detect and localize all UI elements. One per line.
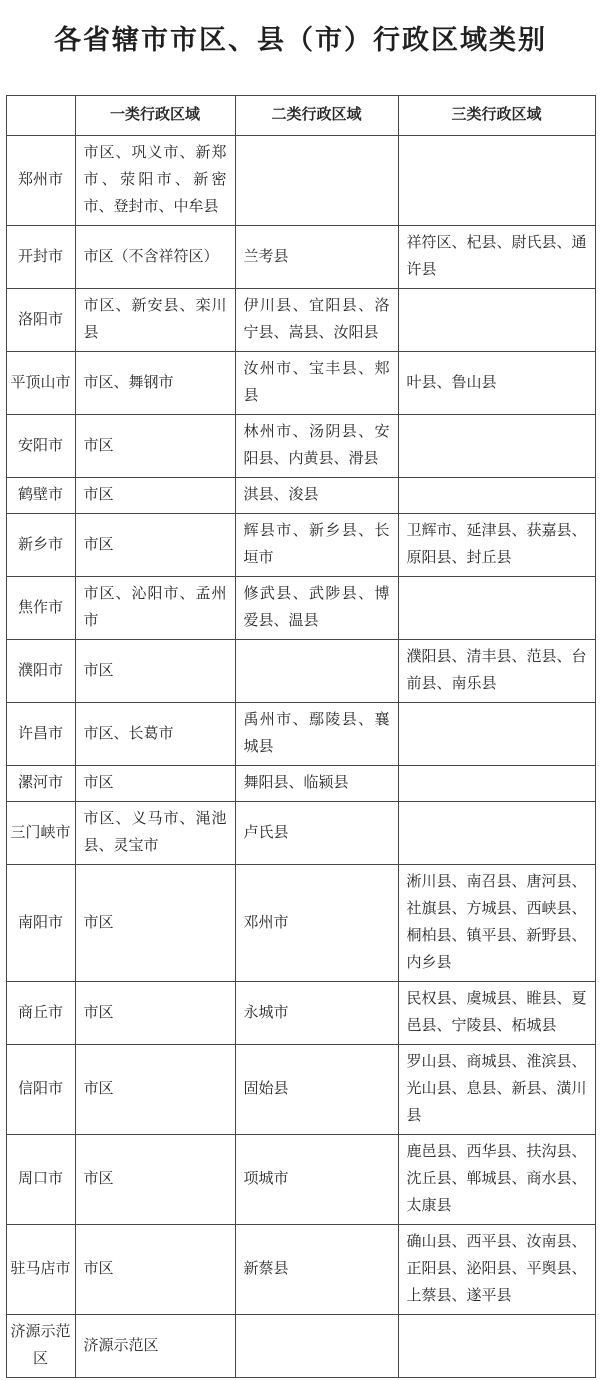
region-cell-class3: 叶县、鲁山县 xyxy=(398,352,595,415)
table-header-row: 一类行政区域 二类行政区域 三类行政区域 xyxy=(6,96,595,136)
header-class3: 三类行政区域 xyxy=(398,96,595,136)
table-row: 南阳市市区邓州市淅川县、南召县、唐河县、社旗县、方城县、西峡县、桐柏县、镇平县、… xyxy=(6,865,595,982)
region-category-table: 一类行政区域 二类行政区域 三类行政区域 郑州市市区、巩义市、新郑市、荥阳市、新… xyxy=(6,95,596,1378)
region-cell-class3 xyxy=(398,703,595,766)
table-row: 濮阳市市区濮阳县、清丰县、范县、台前县、南乐县 xyxy=(6,640,595,703)
city-cell: 济源示范区 xyxy=(6,1315,75,1378)
city-cell: 鹤壁市 xyxy=(6,478,75,514)
region-cell-class2 xyxy=(235,136,398,226)
region-cell-class3: 民权县、虞城县、睢县、夏邑县、宁陵县、柘城县 xyxy=(398,982,595,1045)
region-cell-class3: 卫辉市、延津县、获嘉县、原阳县、封丘县 xyxy=(398,514,595,577)
region-cell-class3: 确山县、西平县、汝南县、正阳县、泌阳县、平舆县、上蔡县、遂平县 xyxy=(398,1225,595,1315)
city-cell: 安阳市 xyxy=(6,415,75,478)
city-cell: 商丘市 xyxy=(6,982,75,1045)
region-cell-class1: 市区、沁阳市、孟州市 xyxy=(75,577,235,640)
region-cell-class2: 汝州市、宝丰县、郏县 xyxy=(235,352,398,415)
region-cell-class1: 市区 xyxy=(75,415,235,478)
region-cell-class2: 伊川县、宜阳县、洛宁县、嵩县、汝阳县 xyxy=(235,289,398,352)
city-cell: 周口市 xyxy=(6,1135,75,1225)
region-cell-class1: 市区 xyxy=(75,478,235,514)
region-cell-class1: 市区、舞钢市 xyxy=(75,352,235,415)
header-city xyxy=(6,96,75,136)
region-cell-class3: 鹿邑县、西华县、扶沟县、沈丘县、郸城县、商水县、太康县 xyxy=(398,1135,595,1225)
region-cell-class1: 市区 xyxy=(75,1225,235,1315)
region-cell-class3: 淅川县、南召县、唐河县、社旗县、方城县、西峡县、桐柏县、镇平县、新野县、内乡县 xyxy=(398,865,595,982)
region-cell-class2: 修武县、武陟县、博爱县、温县 xyxy=(235,577,398,640)
region-cell-class3: 祥符区、杞县、尉氏县、通许县 xyxy=(398,226,595,289)
region-cell-class2: 新蔡县 xyxy=(235,1225,398,1315)
document-page: 各省辖市市区、县（市）行政区域类别 一类行政区域 二类行政区域 三类行政区域 郑… xyxy=(0,0,601,1380)
region-cell-class3: 濮阳县、清丰县、范县、台前县、南乐县 xyxy=(398,640,595,703)
table-row: 商丘市市区永城市民权县、虞城县、睢县、夏邑县、宁陵县、柘城县 xyxy=(6,982,595,1045)
table-row: 新乡市市区辉县市、新乡县、长垣市卫辉市、延津县、获嘉县、原阳县、封丘县 xyxy=(6,514,595,577)
table-row: 信阳市市区固始县罗山县、商城县、淮滨县、光山县、息县、新县、潢川县 xyxy=(6,1045,595,1135)
city-cell: 南阳市 xyxy=(6,865,75,982)
region-cell-class1: 市区（不含祥符区） xyxy=(75,226,235,289)
city-cell: 开封市 xyxy=(6,226,75,289)
city-cell: 濮阳市 xyxy=(6,640,75,703)
city-cell: 新乡市 xyxy=(6,514,75,577)
region-cell-class1: 市区 xyxy=(75,1045,235,1135)
region-cell-class3 xyxy=(398,1315,595,1378)
region-cell-class2: 舞阳县、临颍县 xyxy=(235,766,398,802)
table-row: 济源示范区济源示范区 xyxy=(6,1315,595,1378)
region-cell-class2 xyxy=(235,640,398,703)
table-row: 三门峡市市区、义马市、渑池县、灵宝市卢氏县 xyxy=(6,802,595,865)
table-row: 鹤壁市市区淇县、浚县 xyxy=(6,478,595,514)
region-cell-class1: 济源示范区 xyxy=(75,1315,235,1378)
region-cell-class3 xyxy=(398,415,595,478)
table-body: 郑州市市区、巩义市、新郑市、荥阳市、新密市、登封市、中牟县开封市市区（不含祥符区… xyxy=(6,136,595,1378)
table-row: 许昌市市区、长葛市禹州市、鄢陵县、襄城县 xyxy=(6,703,595,766)
region-cell-class2: 永城市 xyxy=(235,982,398,1045)
table-row: 平顶山市市区、舞钢市汝州市、宝丰县、郏县叶县、鲁山县 xyxy=(6,352,595,415)
city-cell: 漯河市 xyxy=(6,766,75,802)
region-cell-class3 xyxy=(398,766,595,802)
region-cell-class1: 市区 xyxy=(75,865,235,982)
table-row: 漯河市市区舞阳县、临颍县 xyxy=(6,766,595,802)
region-cell-class1: 市区、长葛市 xyxy=(75,703,235,766)
region-cell-class1: 市区 xyxy=(75,514,235,577)
city-cell: 三门峡市 xyxy=(6,802,75,865)
region-cell-class2: 固始县 xyxy=(235,1045,398,1135)
region-cell-class3 xyxy=(398,802,595,865)
region-cell-class2: 兰考县 xyxy=(235,226,398,289)
table-row: 洛阳市市区、新安县、栾川县伊川县、宜阳县、洛宁县、嵩县、汝阳县 xyxy=(6,289,595,352)
region-cell-class3 xyxy=(398,289,595,352)
region-cell-class2: 禹州市、鄢陵县、襄城县 xyxy=(235,703,398,766)
city-cell: 平顶山市 xyxy=(6,352,75,415)
region-cell-class2: 辉县市、新乡县、长垣市 xyxy=(235,514,398,577)
table-row: 开封市市区（不含祥符区）兰考县祥符区、杞县、尉氏县、通许县 xyxy=(6,226,595,289)
table-row: 安阳市市区林州市、汤阴县、安阳县、内黄县、滑县 xyxy=(6,415,595,478)
region-cell-class1: 市区、巩义市、新郑市、荥阳市、新密市、登封市、中牟县 xyxy=(75,136,235,226)
city-cell: 信阳市 xyxy=(6,1045,75,1135)
region-cell-class2: 卢氏县 xyxy=(235,802,398,865)
table-row: 郑州市市区、巩义市、新郑市、荥阳市、新密市、登封市、中牟县 xyxy=(6,136,595,226)
city-cell: 许昌市 xyxy=(6,703,75,766)
city-cell: 洛阳市 xyxy=(6,289,75,352)
table-row: 周口市市区项城市鹿邑县、西华县、扶沟县、沈丘县、郸城县、商水县、太康县 xyxy=(6,1135,595,1225)
region-cell-class1: 市区 xyxy=(75,982,235,1045)
region-cell-class1: 市区、新安县、栾川县 xyxy=(75,289,235,352)
page-title: 各省辖市市区、县（市）行政区域类别 xyxy=(0,18,601,57)
header-class1: 一类行政区域 xyxy=(75,96,235,136)
city-cell: 郑州市 xyxy=(6,136,75,226)
region-cell-class3 xyxy=(398,478,595,514)
region-cell-class3 xyxy=(398,136,595,226)
region-cell-class1: 市区、义马市、渑池县、灵宝市 xyxy=(75,802,235,865)
region-cell-class3 xyxy=(398,577,595,640)
header-class2: 二类行政区域 xyxy=(235,96,398,136)
region-cell-class2: 邓州市 xyxy=(235,865,398,982)
table-row: 焦作市市区、沁阳市、孟州市修武县、武陟县、博爱县、温县 xyxy=(6,577,595,640)
region-cell-class3: 罗山县、商城县、淮滨县、光山县、息县、新县、潢川县 xyxy=(398,1045,595,1135)
region-cell-class1: 市区 xyxy=(75,1135,235,1225)
city-cell: 驻马店市 xyxy=(6,1225,75,1315)
region-cell-class1: 市区 xyxy=(75,640,235,703)
city-cell: 焦作市 xyxy=(6,577,75,640)
region-cell-class1: 市区 xyxy=(75,766,235,802)
region-cell-class2: 淇县、浚县 xyxy=(235,478,398,514)
region-cell-class2 xyxy=(235,1315,398,1378)
region-cell-class2: 林州市、汤阴县、安阳县、内黄县、滑县 xyxy=(235,415,398,478)
region-cell-class2: 项城市 xyxy=(235,1135,398,1225)
table-row: 驻马店市市区新蔡县确山县、西平县、汝南县、正阳县、泌阳县、平舆县、上蔡县、遂平县 xyxy=(6,1225,595,1315)
